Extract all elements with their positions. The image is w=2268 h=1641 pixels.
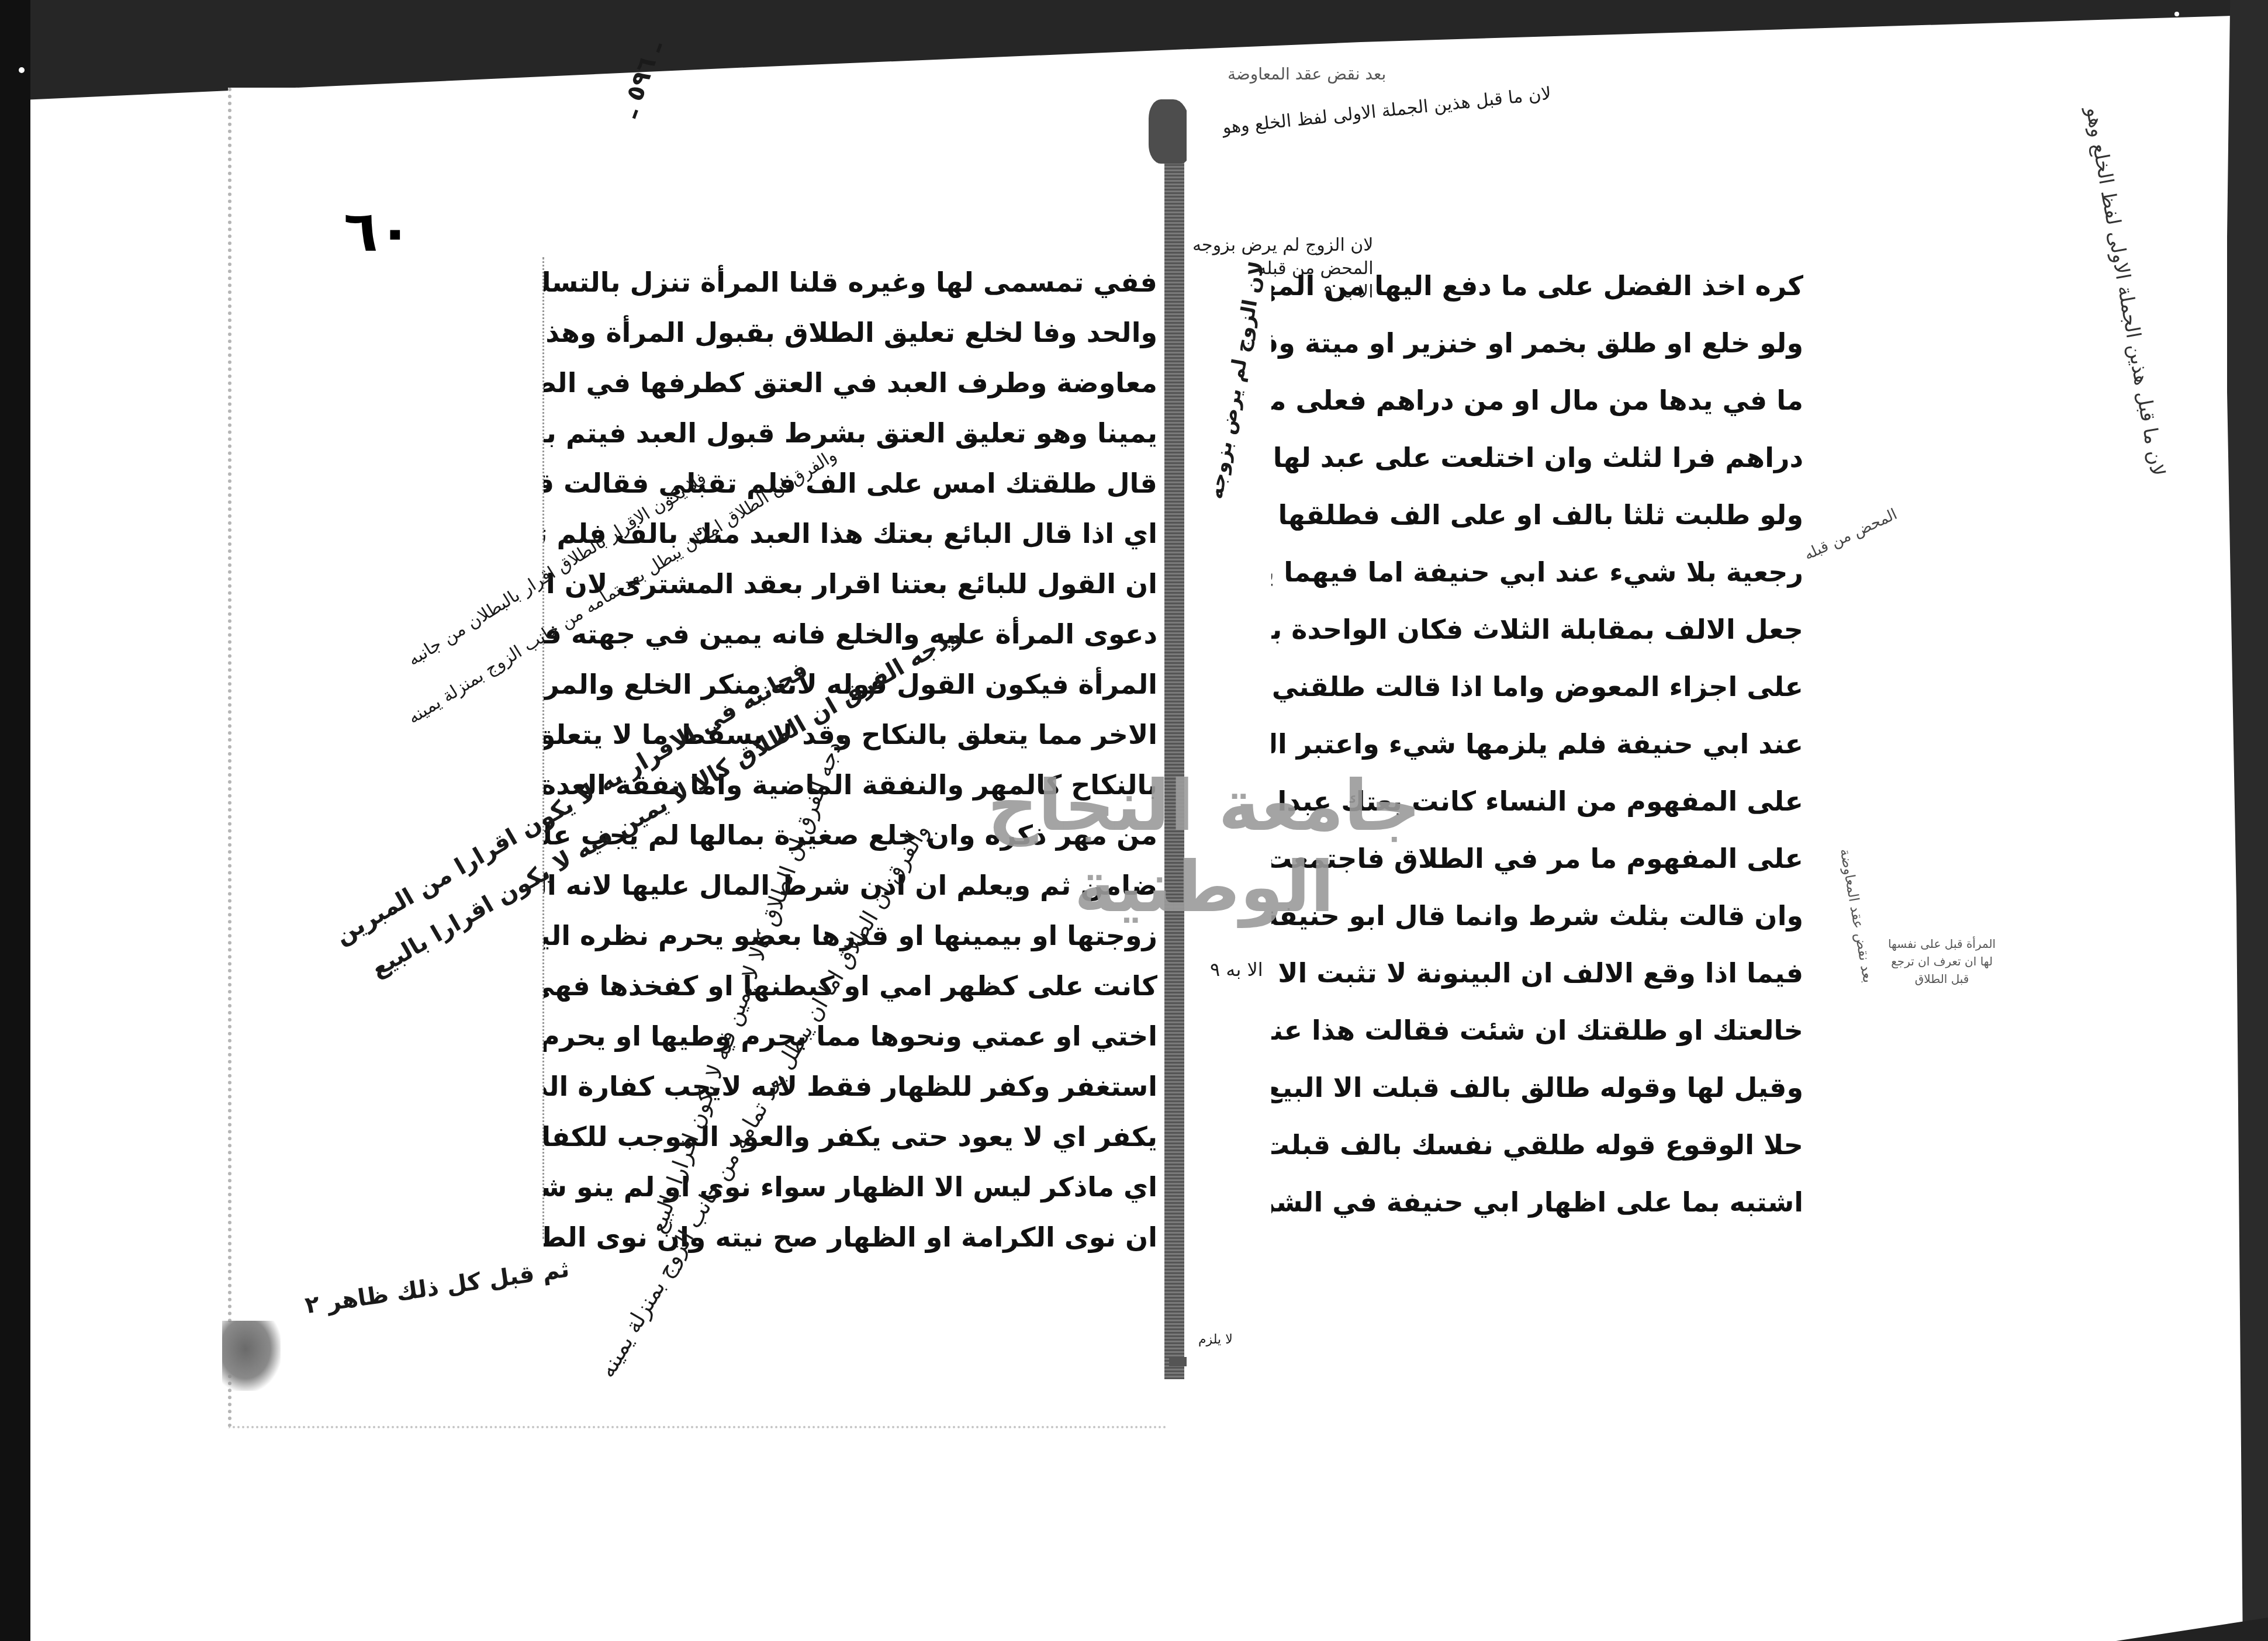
manuscript-line: وقيل لها وقوله طالق بالف قبلت الا البيع … (1271, 1059, 1803, 1116)
right-footer-note: لا يلزم (1198, 1332, 1233, 1347)
manuscript-line: ولو خلع او طلق بخمر او خنزير او ميتة وقع… (1271, 314, 1803, 372)
manuscript-line: اختي او عمتي ونحوها مما يحرم وطيها او يح… (544, 1011, 1157, 1061)
manuscript-line: ان نوى الكرامة او الظهار صح نيته وان نوى… (544, 1212, 1157, 1262)
manuscript-line: والحد وفا لخلع تعليق الطلاق بقبول المرأة… (544, 307, 1157, 358)
manuscript-line: على اجزاء المعوض واما اذا قالت طلقني ثلا… (1271, 658, 1803, 715)
manuscript-line: اشتبه بما على اظهار ابي حنيفة في الشرط ب… (1271, 1173, 1803, 1231)
manuscript-line: قال طلقتك امس على الف فلم تقبلي فقالت قب… (544, 458, 1157, 508)
manuscript-line: فيما اذا وقع الالف ان البينونة لا تثبت ا… (1271, 944, 1803, 1002)
manuscript-line: دراهم فرا لثلث وان اختلعت على عبد لها آب… (1271, 429, 1803, 486)
right-box-note: المرأة قبل على نفسها لها ان تعرف ان ترجع… (1888, 935, 1996, 988)
manuscript-line: يكفر اي لا يعود حتى يكفر والعود الموجب ل… (544, 1112, 1157, 1162)
manuscript-line: يمينا وهو تعليق العتق بشرط قبول العبد في… (544, 408, 1157, 458)
university-watermark: جامعة النجاح الوطنية (964, 766, 1444, 928)
manuscript-line: معاوضة وطرف العبد في العتق كطرفها في الط… (544, 358, 1157, 408)
manuscript-line: رجعية بلا شيء عند ابي حنيفة اما فيهما يق… (1271, 543, 1803, 601)
box-note-line: قبل الطلاق (1888, 970, 1996, 988)
top-edge-notes: بعد نقض عقد المعاوضة (1228, 64, 1386, 84)
manuscript-line: عند ابي حنيفة فلم يلزمها شيء واعتبر الشر… (1271, 715, 1803, 773)
scan-speck (19, 67, 25, 73)
manuscript-line: استغفر وكفر للظهار فقط لانه لايجب كفارة … (544, 1061, 1157, 1112)
right-page-text-block: كره اخذ الفضل على ما دفع اليها من المهر … (1271, 257, 1803, 1231)
manuscript-line: حلا الوقوع قوله طلقي نفسك بالف قبلت عند … (1271, 1116, 1803, 1173)
manuscript-line: جعل الالف بمقابلة الثلاث فكان الواحدة بم… (1271, 601, 1803, 658)
page-number: ٦٠ (344, 199, 412, 264)
corner-stain (222, 1321, 281, 1391)
manuscript-line: كره اخذ الفضل على ما دفع اليها من المهر … (1271, 257, 1803, 314)
right-small-note: الا به ٩ (1210, 958, 1263, 981)
manuscript-line: ما في يدها من مال او من دراهم فعلى ما في… (1271, 372, 1803, 429)
book-spine (1164, 111, 1184, 1379)
manuscript-line: خالعتك او طلقتك ان شئت فقالت هذا عند ابي… (1271, 1002, 1803, 1059)
scan-speck (2174, 12, 2179, 16)
manuscript-line: اي ماذكر ليس الا الظهار سواء نوى او لم ي… (544, 1162, 1157, 1212)
spine-damage (1149, 99, 1190, 164)
box-note-line: لها ان تعرف ان ترجع (1888, 953, 1996, 970)
box-note-line: المرأة قبل على نفسها (1888, 935, 1996, 953)
manuscript-line: ولو طلبت ثلثا بالف او على الف فطلقها واح… (1271, 486, 1803, 543)
right-margin-note-line: لان الزوج لم يرض بزوجه (1192, 234, 1373, 257)
scanner-border-left (0, 0, 30, 1641)
manuscript-line: دعوى المرأة عليه والخلع فانه يمين في جهت… (544, 609, 1157, 659)
manuscript-line: ففي تمسمى لها وغيره قلنا المرأة تنزل بال… (544, 257, 1157, 307)
